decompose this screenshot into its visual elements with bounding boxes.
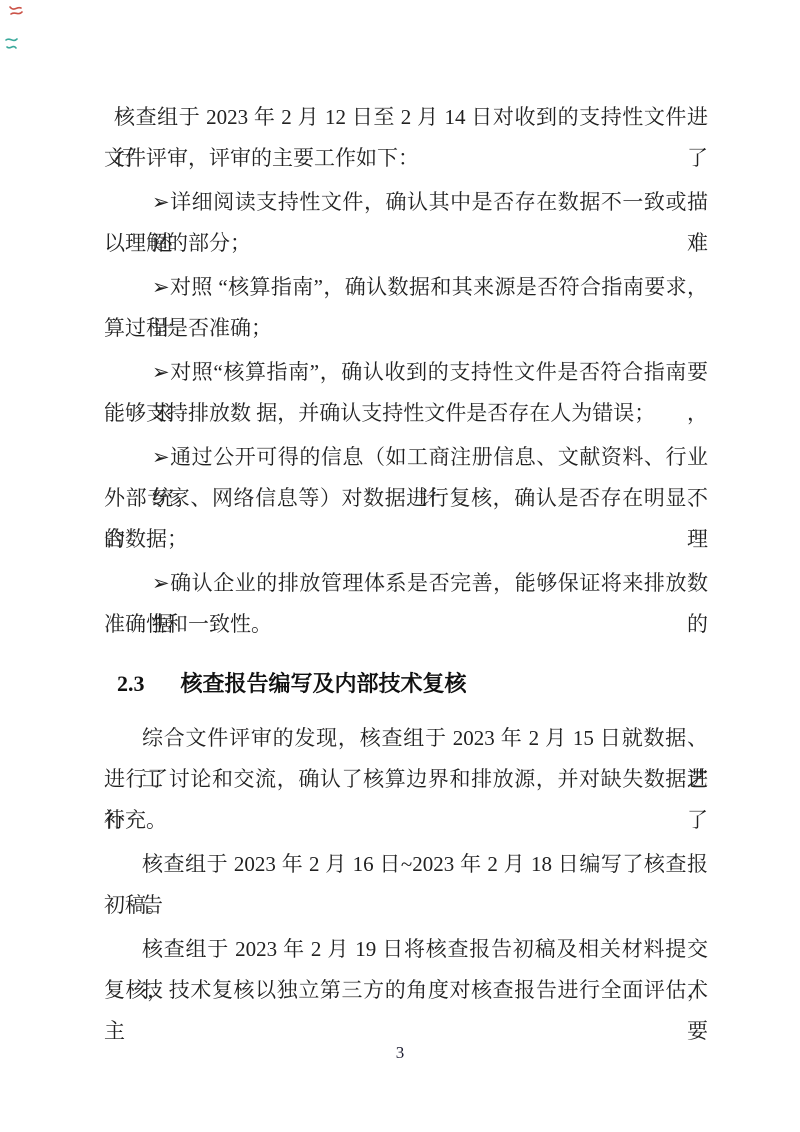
paragraph-line: ➢确认企业的排放管理体系是否完善，能够保证将来排放数据的: [104, 563, 708, 604]
paragraph-line: 初稿。: [104, 885, 708, 926]
paragraph-line: 核查组于 2023 年 2 月 19 日将核查报告初稿及相关材料提交技术: [104, 929, 708, 970]
bullet-paragraph: ➢详细阅读支持性文件，确认其中是否存在数据不一致或描述难 以理解的部分；: [104, 182, 708, 264]
paragraph-line: 进行了讨论和交流，确认了核算边界和排放源，并对缺失数据进行了: [104, 759, 708, 800]
paragraph-line: 综合文件评审的发现，核查组于 2023 年 2 月 15 日就数据、工艺: [104, 718, 708, 759]
paragraph: 核查组于 2023 年 2 月 19 日将核查报告初稿及相关材料提交技术 复核，…: [104, 929, 708, 1011]
bullet-paragraph: ➢对照 “核算指南”，确认数据和其来源是否符合指南要求，计 算过程是否准确；: [104, 267, 708, 349]
heading-number: 2.3: [117, 663, 145, 704]
paragraph: 综合文件评审的发现，核查组于 2023 年 2 月 15 日就数据、工艺 进行了…: [104, 718, 708, 841]
bullet-paragraph: ➢通过公开可得的信息（如工商注册信息、文献资料、行业统计、 外部专家、网络信息等…: [104, 437, 708, 560]
paragraph-line: ➢详细阅读支持性文件，确认其中是否存在数据不一致或描述难: [104, 182, 708, 223]
document-page: 核查组于 2023 年 2 月 12 日至 2 月 14 日对收到的支持性文件进…: [0, 0, 800, 1132]
paragraph-line: ➢对照“核算指南”，确认收到的支持性文件是否符合指南要求，: [104, 352, 708, 393]
bullet-paragraph: ➢确认企业的排放管理体系是否完善，能够保证将来排放数据的 准确性和一致性。: [104, 563, 708, 645]
document-body: 核查组于 2023 年 2 月 12 日至 2 月 14 日对收到的支持性文件进…: [104, 97, 708, 1014]
section-heading: 2.3核查报告编写及内部技术复核: [104, 663, 708, 704]
paragraph-line: 核查组于 2023 年 2 月 16 日~2023 年 2 月 18 日编写了核…: [104, 844, 708, 885]
heading-title: 核查报告编写及内部技术复核: [181, 671, 467, 696]
page-footer: 3: [0, 1042, 800, 1064]
page-number: 3: [396, 1043, 405, 1062]
bullet-paragraph: ➢对照“核算指南”，确认收到的支持性文件是否符合指南要求， 能够支持排放数 据，…: [104, 352, 708, 434]
paragraph-line: 外部专家、网络信息等）对数据进行复核，确认是否存在明显不合理: [104, 478, 708, 519]
red-pen-mark-icon: [8, 4, 24, 18]
paragraph-line: 能够支持排放数 据，并确认支持性文件是否存在人为错误；: [104, 393, 708, 434]
paragraph-line: 核查组于 2023 年 2 月 12 日至 2 月 14 日对收到的支持性文件进…: [104, 97, 708, 138]
teal-pen-mark-icon: [4, 36, 19, 52]
paragraph-line: 算过程是否准确；: [104, 308, 708, 349]
paragraph-line: ➢对照 “核算指南”，确认数据和其来源是否符合指南要求，计: [104, 267, 708, 308]
paragraph-line: ➢通过公开可得的信息（如工商注册信息、文献资料、行业统计、: [104, 437, 708, 478]
paragraph-line: 复核，技术复核以独立第三方的角度对核查报告进行全面评估，主要: [104, 970, 708, 1011]
paragraph: 核查组于 2023 年 2 月 12 日至 2 月 14 日对收到的支持性文件进…: [104, 97, 708, 179]
paragraph: 核查组于 2023 年 2 月 16 日~2023 年 2 月 18 日编写了核…: [104, 844, 708, 926]
